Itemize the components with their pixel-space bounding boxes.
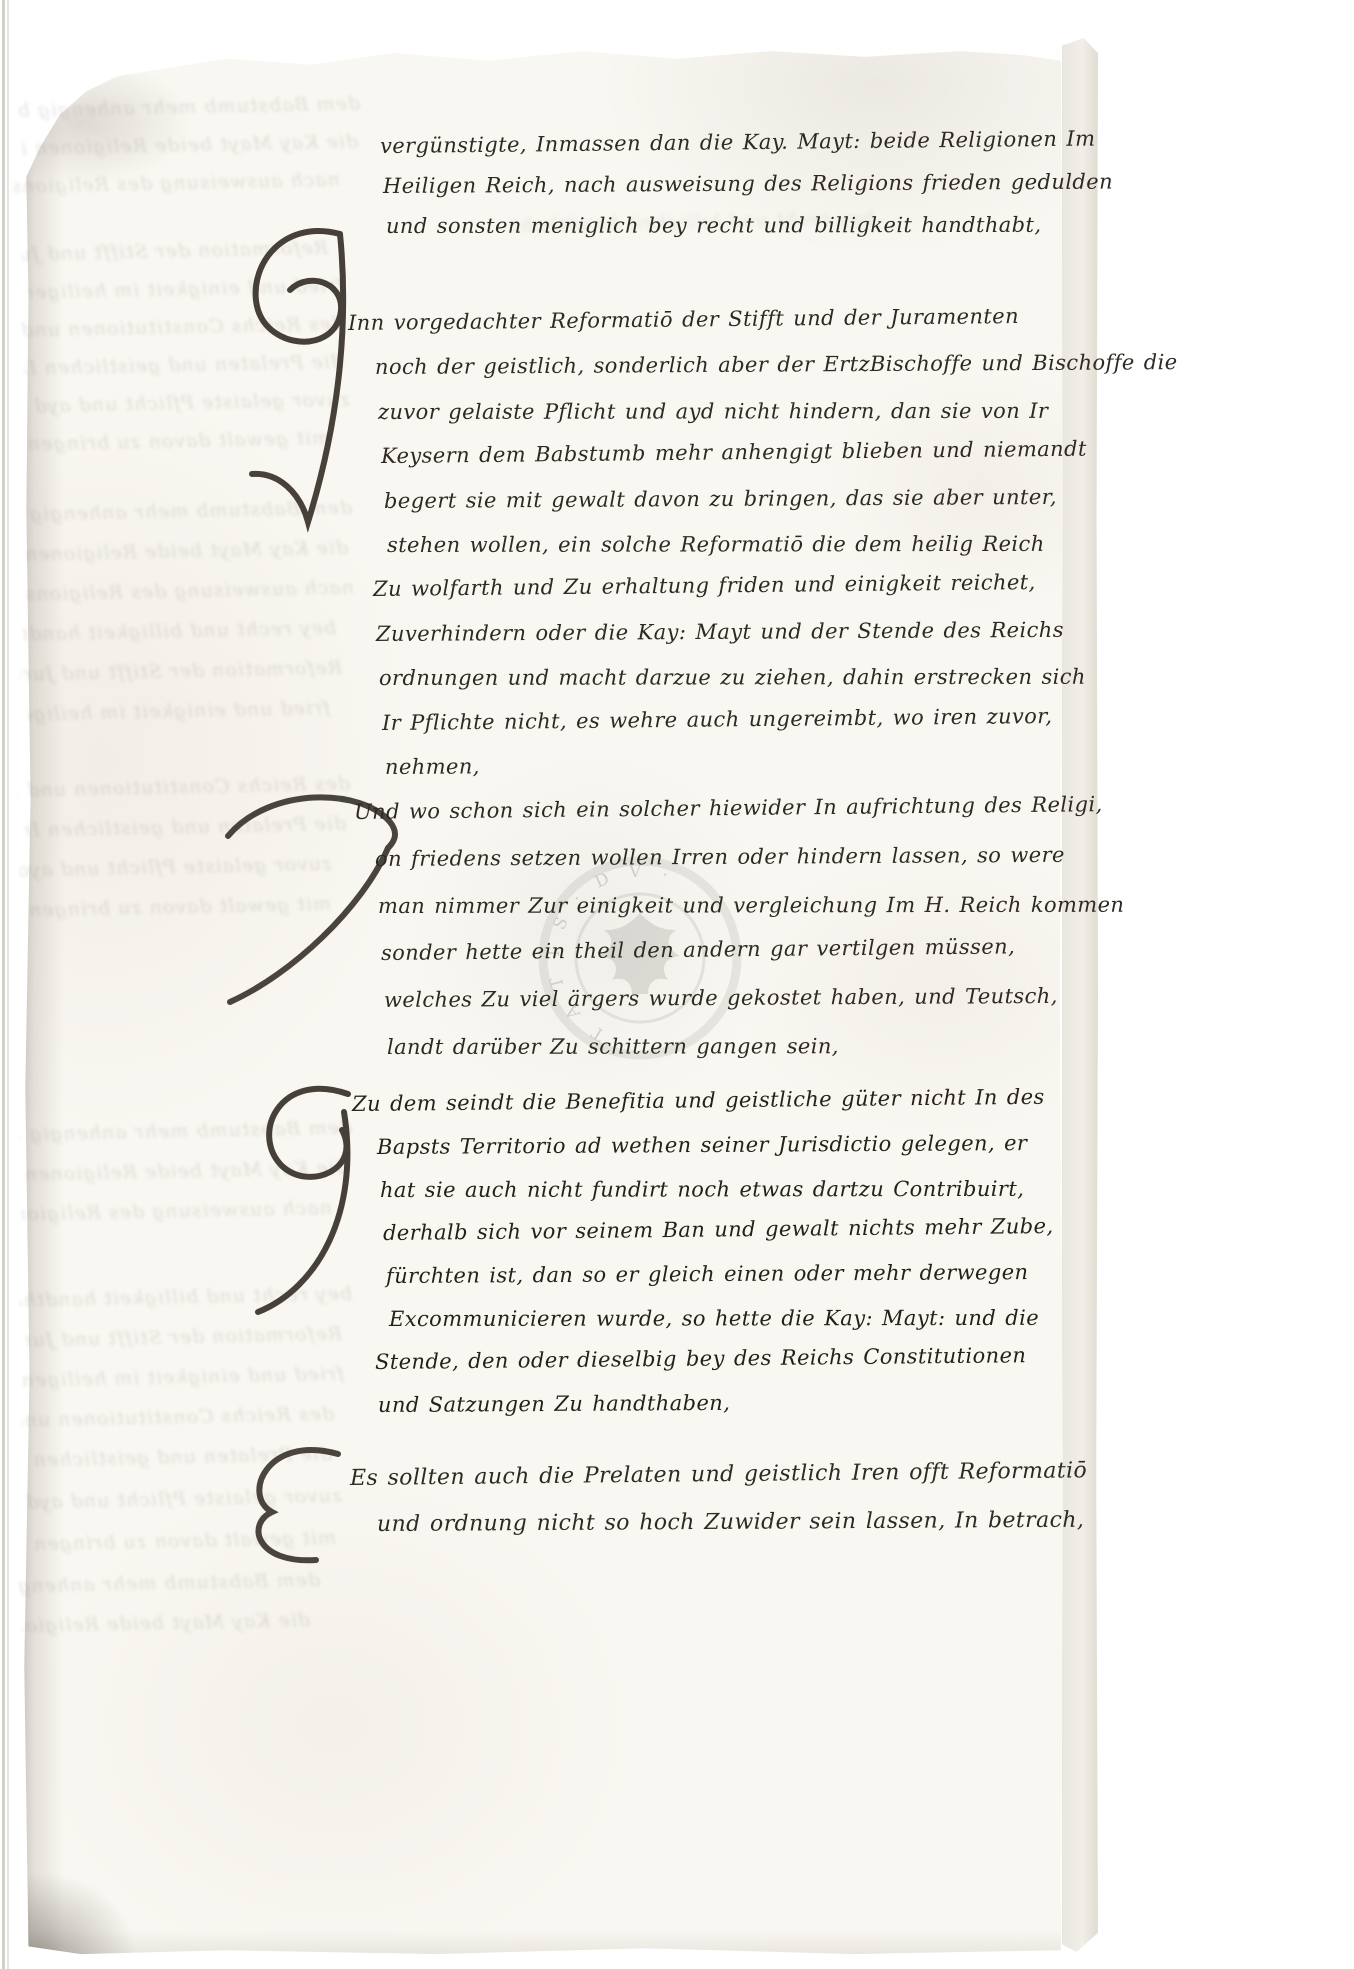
manuscript-line: begert sie mit gewalt davon zu bringen, … [384, 484, 1057, 512]
manuscript-line: und sonsten meniglich bey recht und bill… [386, 213, 1041, 238]
manuscript-line: stehen wollen, ein solche Reformatiō die… [387, 532, 1045, 557]
manuscript-line: Bapsts Territorio ad wethen seiner Juris… [377, 1131, 1027, 1159]
manuscript-line: Heiligen Reich, nach ausweisung des Reli… [383, 170, 1113, 198]
manuscript-line: und Satzungen Zu handthaben, [378, 1391, 730, 1417]
manuscript-line: welches Zu viel ärgers wurde gekostet ha… [384, 984, 1058, 1012]
manuscript-line: landt darüber Zu schittern gangen sein, [387, 1034, 839, 1059]
manuscript-line: zuvor gelaiste Pflicht und ayd nicht hin… [378, 399, 1048, 424]
backing-sheet-edge [1062, 38, 1098, 1952]
left-page-edge-highlight [7, 0, 9, 1969]
manuscript-line: fürchten ist, dan so er gleich einen ode… [386, 1260, 1029, 1288]
scanned-page: dem Babstumb mehr anhengig bliebendie Ka… [0, 0, 1354, 1969]
manuscript-line: ordnungen und macht darzue zu ziehen, da… [379, 665, 1086, 690]
manuscript-line: hat sie auch nicht fundirt noch etwas da… [380, 1177, 1024, 1202]
manuscript-line: nehmen, [385, 754, 480, 779]
manuscript-line: Zuverhindern oder die Kay: Mayt und der … [376, 618, 1064, 646]
manuscript-line: und ordnung nicht so hoch Zuwider sein l… [377, 1508, 1084, 1537]
manuscript-line: man nimmer Zur einigkeit und vergleichun… [378, 893, 1124, 918]
left-page-edge-line [2, 0, 5, 1969]
manuscript-line: Excommunicieren wurde, so hette die Kay:… [389, 1306, 1039, 1331]
manuscript-line: on friedens setzen wollen Irren oder hin… [375, 843, 1065, 871]
